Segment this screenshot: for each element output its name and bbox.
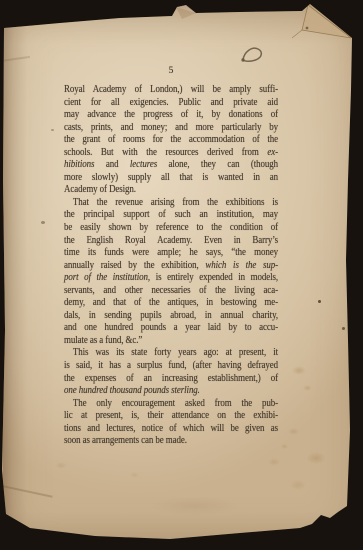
text-run: schools. But with the resources derived … bbox=[64, 147, 267, 158]
text-run: is said, it has a surplus fund, (after h… bbox=[64, 360, 278, 371]
ink-speck bbox=[41, 221, 45, 224]
text-line: mulate as a fund, &c.” bbox=[64, 335, 278, 348]
page-number: 5 bbox=[64, 66, 278, 76]
foxing-stain bbox=[268, 458, 280, 466]
text-run: alone, they can (though bbox=[157, 159, 278, 170]
text-run: servants, and other necessaries of the l… bbox=[64, 285, 278, 296]
foxing-stain bbox=[292, 366, 306, 375]
pencil-blob bbox=[241, 58, 244, 61]
text-line: hibitions and lectures alone, they can (… bbox=[64, 159, 278, 172]
text-line: may advance the progress of it, by donat… bbox=[64, 109, 278, 122]
notch-crease-line bbox=[172, 5, 196, 15]
text-run: port of the institution, bbox=[64, 272, 150, 283]
text-run: time its funds were ample; he says, “the… bbox=[64, 247, 278, 258]
gutter-crease bbox=[3, 18, 27, 536]
ink-speck bbox=[342, 327, 345, 330]
text-run: lic at present, is, their attendance on … bbox=[64, 410, 278, 421]
text-line: Academy of Design. bbox=[64, 184, 278, 197]
book-page: 5 Royal Academy of London,) will be ampl… bbox=[0, 0, 363, 550]
dogear-crease-line bbox=[292, 30, 302, 38]
text-run: tions and lectures, notice of which will… bbox=[64, 423, 278, 434]
text-run: Academy of Design. bbox=[64, 184, 136, 195]
ink-speck bbox=[318, 300, 321, 303]
text-run: the English Royal Academy. Even in Barry… bbox=[64, 235, 278, 246]
foxing-stain bbox=[288, 428, 299, 435]
top-edge-fold bbox=[168, 2, 200, 26]
text-line: is said, it has a surplus fund, (after h… bbox=[64, 360, 278, 373]
scan-background: 5 Royal Academy of London,) will be ampl… bbox=[0, 0, 363, 550]
text-run: annually raised by the exhibition, bbox=[64, 260, 205, 271]
foxing-stain bbox=[55, 462, 67, 469]
text-run: which is the sup- bbox=[205, 260, 278, 271]
text-line: annually raised by the exhibition, which… bbox=[64, 260, 278, 273]
text-run: and bbox=[94, 159, 129, 170]
foxing-stain bbox=[303, 385, 312, 391]
text-run: be easily shown by reference to the cond… bbox=[64, 222, 278, 233]
foxing-stain bbox=[306, 452, 326, 464]
text-line: time its funds were ample; he says, “the… bbox=[64, 247, 278, 260]
text-run: Royal Academy of London,) will be amply … bbox=[64, 84, 278, 95]
foxing-stain bbox=[290, 480, 306, 490]
text-line: one hundred thousand pounds sterling. bbox=[64, 385, 278, 398]
text-line: That the revenue arising from the exhibi… bbox=[64, 197, 278, 210]
text-line: the expenses of an increasing establishm… bbox=[64, 373, 278, 386]
text-run: may advance the progress of it, by donat… bbox=[64, 109, 278, 120]
text-line: the English Royal Academy. Even in Barry… bbox=[64, 235, 278, 248]
text-line: port of the institution, is entirely exp… bbox=[64, 272, 278, 285]
text-line: schools. But with the resources derived … bbox=[64, 147, 278, 160]
text-line: more slowly) supply all that is wanted i… bbox=[64, 172, 278, 185]
text-run: hibitions bbox=[64, 159, 94, 170]
text-line: The only encouragement asked from the pu… bbox=[64, 398, 278, 411]
text-run: That the revenue arising from the exhibi… bbox=[73, 197, 278, 208]
text-run: mulate as a fund, &c.” bbox=[64, 335, 142, 346]
text-line: tions and lectures, notice of which will… bbox=[64, 423, 278, 436]
text-line: lic at present, is, their attendance on … bbox=[64, 410, 278, 423]
pencil-loop bbox=[243, 48, 261, 61]
text-run: dals, in sending pupils abroad, in annua… bbox=[64, 310, 278, 321]
dogear-fold bbox=[290, 0, 356, 48]
text-line: demy, and that of the antiques, in besto… bbox=[64, 297, 278, 310]
text-run: casts, prints, and money; and more parti… bbox=[64, 122, 278, 133]
foxing-stain bbox=[281, 444, 288, 449]
foxing-stain bbox=[130, 472, 139, 478]
text-line: servants, and other necessaries of the l… bbox=[64, 285, 278, 298]
text-line: Royal Academy of London,) will be amply … bbox=[64, 84, 278, 97]
text-run: the grant of rooms for the accommodation… bbox=[64, 134, 278, 145]
text-run: soon as arrangements can be made. bbox=[64, 435, 187, 446]
text-run: lectures bbox=[130, 159, 157, 170]
text-run: the principal support of such an institu… bbox=[64, 209, 278, 220]
text-run: cient for all exigencies. Public and pri… bbox=[64, 97, 278, 108]
text-run: demy, and that of the antiques, in besto… bbox=[64, 297, 278, 308]
text-line: and one hundred pounds a year laid by to… bbox=[64, 322, 278, 335]
text-line: be easily shown by reference to the cond… bbox=[64, 222, 278, 235]
pencil-mark bbox=[236, 42, 272, 68]
page-text: Royal Academy of London,) will be amply … bbox=[64, 84, 278, 448]
text-run: the expenses of an increasing establishm… bbox=[64, 373, 278, 384]
text-line: the principal support of such an institu… bbox=[64, 209, 278, 222]
text-line: casts, prints, and money; and more parti… bbox=[64, 122, 278, 135]
text-line: soon as arrangements can be made. bbox=[64, 435, 278, 448]
text-run: This was its state forty years ago: at p… bbox=[73, 347, 278, 358]
text-line: dals, in sending pupils abroad, in annua… bbox=[64, 310, 278, 323]
text-line: cient for all exigencies. Public and pri… bbox=[64, 97, 278, 110]
ink-speck bbox=[51, 129, 54, 131]
text-run: one hundred thousand pounds sterling. bbox=[64, 385, 200, 396]
dogear-flap bbox=[302, 5, 351, 38]
text-run: ex- bbox=[267, 147, 278, 158]
text-line: the grant of rooms for the accommodation… bbox=[64, 134, 278, 147]
text-run: more slowly) supply all that is wanted i… bbox=[64, 172, 278, 183]
text-run: is entirely expended in models, bbox=[150, 272, 278, 283]
text-line: This was its state forty years ago: at p… bbox=[64, 347, 278, 360]
smudge bbox=[150, 496, 240, 516]
text-run: The only encouragement asked from the pu… bbox=[73, 398, 278, 409]
pencil-dot bbox=[306, 27, 309, 30]
text-run: and one hundred pounds a year laid by to… bbox=[64, 322, 278, 333]
notch-shadow bbox=[176, 7, 196, 19]
